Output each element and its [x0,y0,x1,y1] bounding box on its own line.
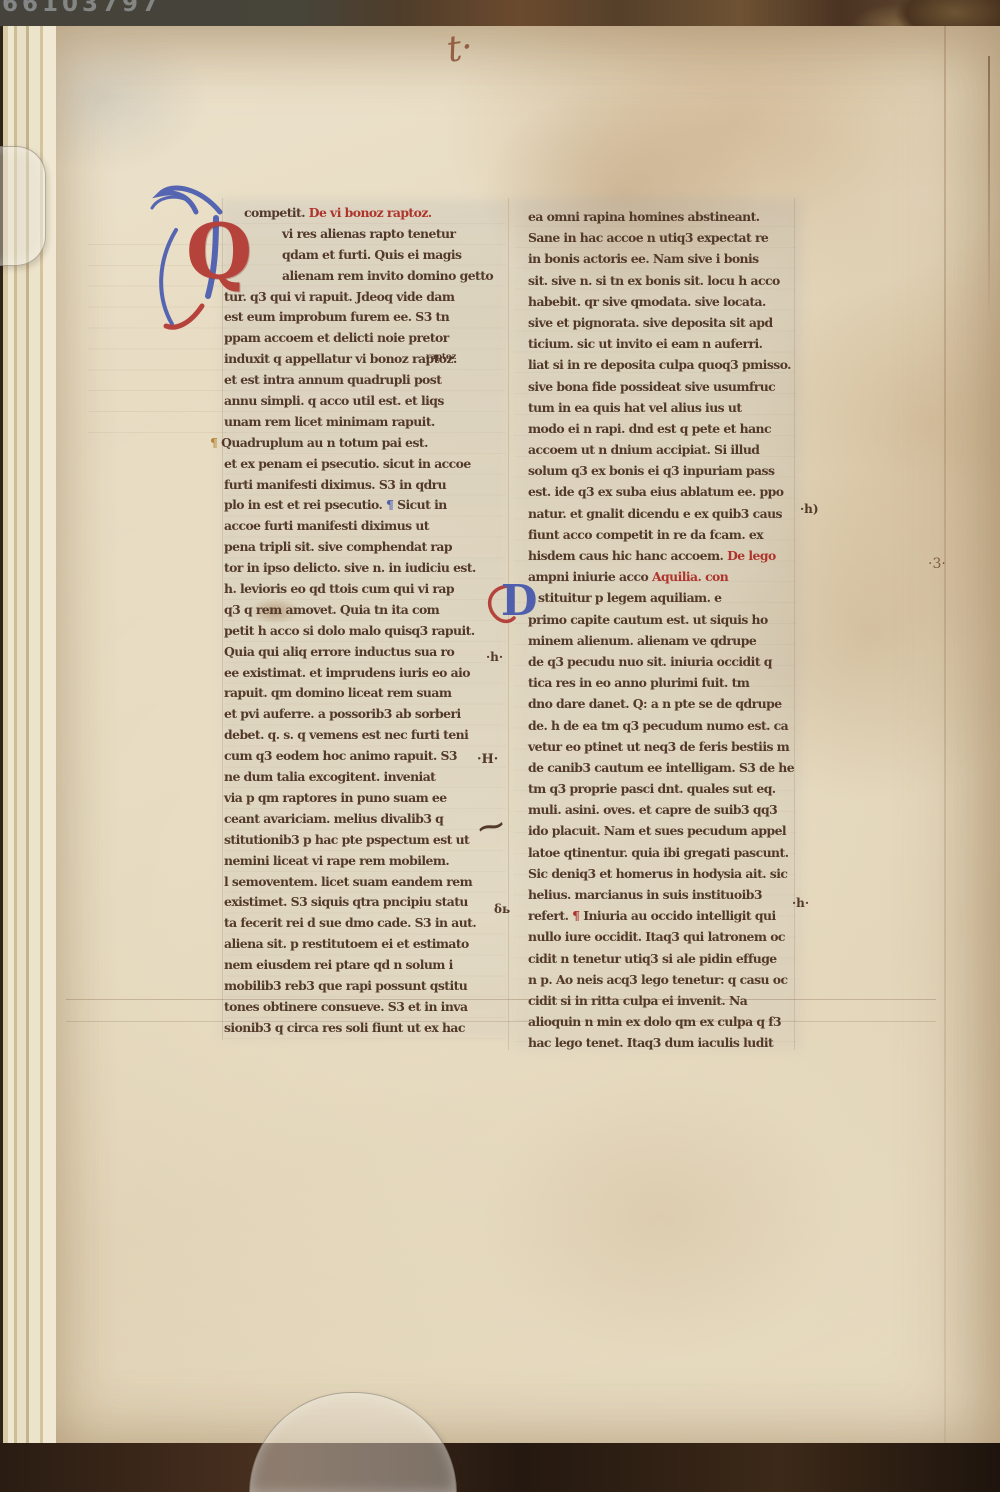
text-line: refert. ¶ Iniuria au occido intelligit q… [528,905,798,926]
text-line: minem alienum. alienam ve qdrupe [528,630,798,651]
text-line: de. h de ea tm q3 pecudum numo est. ca [528,715,798,736]
text-line: ampni iniurie acco Aquilia. con [528,566,798,587]
folio-number: ·3· [928,556,946,572]
text-line: tones obtinere consueve. S3 et in inva [224,997,510,1018]
text-line: unam rem licet minimam rapuit. [224,412,510,433]
text-line: et pvi auferre. a possorib3 ab sorberi [224,704,510,725]
text-line: accoe furti manifesti diximus ut [224,516,510,537]
text-line: competit. De vi bonoz raptoz. [244,203,510,224]
manuscript-photo: 66103797 t· ·3· Q D competit. De vi bono… [0,0,1000,1492]
text-line: induxit q appellatur vi bonoz raptoz. [224,349,510,370]
text-line: est eum improbum furem ee. S3 tn [224,307,510,328]
text-line: tm q3 proprie pasci dnt. quales sut eq. [528,778,798,799]
text-line: alienam rem invito domino getto [282,266,510,287]
text-line: aliena sit. p restitutoem ei et estimato [224,934,510,955]
binding-bottom-edge [0,1443,1000,1492]
text-line: stituitur p legem aquiliam. e [538,587,798,608]
text-line: fiunt acco competit in re da fcam. ex [528,524,798,545]
text-line: habebit. qr sive qmodata. sive locata. [528,291,798,312]
text-line: cidit si in ritta culpa ei invenit. Na [528,990,798,1011]
text-line: tor in ipso delicto. sive n. in iudiciu … [224,558,510,579]
text-line: ne dum talia excogitent. inveniat [224,767,510,788]
text-line: in bonis actoris ee. Nam sive i bonis [528,248,798,269]
text-line: annu simpli. q acco util est. et liqs [224,391,510,412]
text-line: Sic deniq3 et homerus in hodysia ait. si… [528,863,798,884]
text-line: cidit n tenetur utiq3 si ale pidin effug… [528,948,798,969]
margin-note-sb: δь [494,902,510,916]
text-line: q3 q rem amovet. Quia tn ita com [224,600,510,621]
text-line: modo ei n rapi. dnd est q pete et hanc [528,418,798,439]
text-line: cum q3 eodem hoc animo rapuit. S3 [224,746,510,767]
text-line: ta fecerit rei d sue dmo cade. S3 in aut… [224,913,510,934]
margin-note-h: ·H· [477,752,498,767]
text-line: sit. sive n. si tn ex bonis sit. locu h … [528,270,798,291]
text-line: natur. et gnalit dicendu e ex quib3 caus [528,503,798,524]
text-line: pena tripli sit. sive comphendat rap [224,537,510,558]
text-line: ee existimat. et imprudens iuris eo aio [224,663,510,684]
text-line: primo capite cautum est. ut siquis ho [528,609,798,630]
text-line: helius. marcianus in suis instituoib3 [528,884,798,905]
text-line: h. levioris eo qd ttois cum qui vi rap [224,579,510,600]
text-line: via p qm raptores in puno suam ee [224,788,510,809]
text-line: Quia qui aliq errore inductus sua ro [224,642,510,663]
text-line: accoem ut n dnium accipiat. Si illud [528,439,798,460]
text-line: l semoventem. licet suam eandem rem [224,872,510,893]
text-line: tica res in eo anno plurimi fuit. tm [528,672,798,693]
left-text-column: competit. De vi bonoz raptoz.vi res alie… [224,203,510,1039]
text-line: qdam et furti. Quis ei magis [282,245,510,266]
text-line: ¶ Quadruplum au n totum pai est. [210,433,510,454]
text-line: sive bona fide possideat sive usumfruc [528,376,798,397]
text-line: et est intra annum quadrupli post [224,370,510,391]
text-line: tur. q3 qui vi rapuit. Jdeoq vide dam [224,287,510,308]
text-line: nem eiusdem rei ptare qd n solum i [224,955,510,976]
text-line: latoe qtinentur. quia ibi gregati pascun… [528,842,798,863]
text-line: muli. asini. oves. et capre de suib3 qq3 [528,799,798,820]
text-line: est. ide q3 ex suba eius ablatum ee. ppo [528,481,798,502]
shelfmark: 66103797 [2,0,162,17]
text-line: nemini liceat vi rape rem mobilem. [224,851,510,872]
text-line: dno dare danet. Q: a n pte se de qdrupe [528,693,798,714]
text-line: vetur eo ptinet ut neq3 de feris bestiis… [528,736,798,757]
text-line: ido placuit. Nam et sues pecudum appel [528,820,798,841]
margin-note-h: ·h· [792,896,809,910]
text-line: hisdem caus hic hanc accoem. De lego [528,545,798,566]
text-line: alioquin n min ex dolo qm ex culpa q f3 [528,1011,798,1032]
cover-edge-line [988,56,990,326]
text-line: plo in est et rei psecutio. ¶ Sicut in [224,495,510,516]
text-line: petit h acco si dolo malo quisq3 rapuit. [224,621,510,642]
text-line: sive et pignorata. sive deposita sit apd [528,312,798,333]
text-line: et ex penam ei psecutio. sicut in accoe [224,454,510,475]
text-line: de q3 pecudu nuo sit. iniuria occidit q [528,651,798,672]
page-fold-line [944,26,946,1443]
right-text-column: ea omni rapina homines abstineant.Sane i… [528,206,798,1054]
text-line: ea omni rapina homines abstineant. [528,206,798,227]
text-line: n p. Ao neis acq3 lego tenetur: q casu o… [528,969,798,990]
page-tab-left [0,146,46,266]
text-line: solum q3 ex bonis ei q3 inpuriam pass [528,460,798,481]
text-line: mobilib3 reb3 que rapi possunt qstitu [224,976,510,997]
text-line: nullo iure occidit. Itaq3 qui latronem o… [528,926,798,947]
text-line: ticium. sic ut invito ei eam n auferri. [528,333,798,354]
text-line: tum in ea quis hat vel alius ius ut [528,397,798,418]
text-line: furti manifesti diximus. S3 in qdru [224,475,510,496]
text-line: ceant avariciam. melius divalib3 q [224,809,510,830]
text-line: liat si in re deposita culpa quoq3 pmiss… [528,354,798,375]
text-line: stitutionib3 p hac pte pspectum est ut [224,830,510,851]
text-line: hac lego tenet. Itaq3 dum iaculis ludit [528,1032,798,1053]
text-line: ppam accoem et delicti noie pretor [224,328,510,349]
interlinear-gloss-raptoz: raptoz [426,352,456,362]
text-line: de canib3 cautum ee intelligam. S3 de he [528,757,798,778]
text-line: vi res alienas rapto tenetur [282,224,510,245]
text-line: sionib3 q circa res soli fiunt ut ex hac [224,1018,510,1039]
margin-note-h: ·h· [486,650,503,664]
margin-note-h: ·h) [800,502,819,516]
text-line: Sane in hac accoe n utiq3 expectat re [528,227,798,248]
text-line: rapuit. qm domino liceat rem suam [224,683,510,704]
text-line: debet. q. s. q vemens est nec furti teni [224,725,510,746]
text-line: existimet. S3 siquis qtra pncipiu statu [224,892,510,913]
